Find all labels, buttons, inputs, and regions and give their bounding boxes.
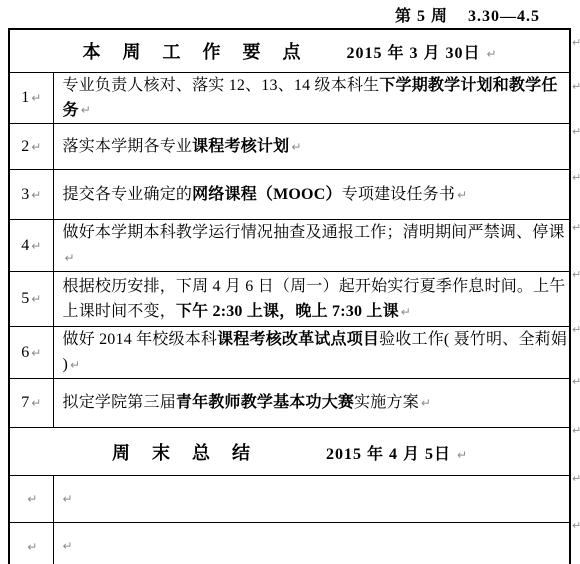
paragraph-mark-icon: ↵ [65,251,75,265]
item-number: 2 [21,138,29,155]
paragraph-mark-icon: ↵ [401,305,411,319]
row-end-mark-icon: ↵ [572,472,580,485]
item-number-cell: 2↵ [9,124,53,170]
work-item-row-1: 1↵专业负责人核对、落实 12、13、14 级本科生下学期教学计划和教学任务↵ [9,72,570,124]
item-text-cell: ↵ [53,523,570,564]
item-number: 5 [21,290,29,307]
item-text-cell: 根据校历安排，下周 4 月 6 日（周一）起开始实行夏季作息时间。上午上课时间不… [53,272,570,327]
paragraph-mark-icon: ↵ [70,358,80,372]
week-number: 第 5 周 [395,8,448,25]
row-end-mark-icon: ↵ [572,519,580,532]
summary-row: 周 末 总 结 2015 年 4 月 5日 ↵ [9,428,570,476]
weekly-schedule-table: 本 周 工 作 要 点 2015 年 3 月 30日 ↵ 1↵专业负责人核对、落… [8,28,571,564]
work-item-row-2: 2↵落实本学期各专业课程考核计划↵ [9,124,570,170]
paragraph-mark-icon: ↵ [31,91,41,105]
item-text-bold: 课程考核改革试点项目 [217,331,379,348]
paragraph-mark-icon: ↵ [291,140,301,154]
row-end-mark-icon: ↵ [572,424,580,437]
item-number: 1 [21,89,29,106]
row-end-mark-icon: ↵ [572,171,580,184]
item-number-cell: ↵ [9,476,53,523]
empty-row: ↵ ↵ [9,523,570,564]
paragraph-mark-icon: ↵ [31,292,41,306]
item-text-bold: 青年教师教学基本功大赛 [176,394,354,411]
header-row: 本 周 工 作 要 点 2015 年 3 月 30日 ↵ [9,29,570,72]
row-end-mark-icon: ↵ [572,221,580,234]
item-text-cell: 做好 2014 年校级本科课程考核改革试点项目验收工作( 聂竹明、全莉娟 )↵ [53,327,570,379]
paragraph-mark-icon: ↵ [31,188,41,202]
row-end-mark-icon: ↵ [572,80,580,93]
doc-title: 第 5 周3.30—4.5 [0,3,540,26]
paragraph-mark-icon: ↵ [486,47,496,61]
summary-date: 2015 年 4 月 5日 [326,446,451,463]
row-end-mark-icon: ↵ [572,323,580,336]
header-date: 2015 年 3 月 30日 [346,45,480,62]
paragraph-mark-icon: ↵ [81,103,91,117]
item-text: 专业负责人核对、落实 12、13、14 级本科生 [63,77,380,94]
paragraph-mark-icon: ↵ [27,540,37,554]
work-item-row-5: 5↵根据校历安排，下周 4 月 6 日（周一）起开始实行夏季作息时间。上午上课时… [9,272,570,327]
paragraph-mark-icon: ↵ [31,140,41,154]
item-text: 提交各专业确定的 [63,186,193,203]
paragraph-mark-icon: ↵ [27,492,37,506]
item-text-cell: 拟定学院第三届青年教师教学基本功大赛实施方案↵ [53,379,570,428]
header-cell: 本 周 工 作 要 点 2015 年 3 月 30日 ↵ [9,29,570,72]
item-text: 实施方案 [354,394,419,411]
item-number-cell: 3↵ [9,170,53,220]
item-text-cell: 做好本学期本科教学运行情况抽查及通报工作；清明期间严禁调、停课↵ [53,220,570,272]
empty-row: ↵ ↵ [9,476,570,523]
item-number-cell: 4↵ [9,220,53,272]
row-end-mark-icon: ↵ [572,36,580,49]
paragraph-mark-icon: ↵ [31,396,41,410]
item-number: 3 [21,186,29,203]
item-number-cell: 6↵ [9,327,53,379]
item-text-cell: 落实本学期各专业课程考核计划↵ [53,124,570,170]
item-text-cell: 提交各专业确定的网络课程（MOOC）专项建设任务书↵ [53,170,570,220]
item-number: 4 [21,237,29,254]
date-range: 3.30—4.5 [468,8,540,25]
work-item-row-3: 3↵提交各专业确定的网络课程（MOOC）专项建设任务书↵ [9,170,570,220]
summary-title: 周 末 总 结 [112,443,252,463]
item-number-cell: 1↵ [9,72,53,124]
paragraph-mark-icon: ↵ [31,239,41,253]
row-end-mark-icon: ↵ [572,125,580,138]
item-text-bold: 网络课程（MOOC） [192,186,342,203]
work-item-row-7: 7↵拟定学院第三届青年教师教学基本功大赛实施方案↵ [9,379,570,428]
paragraph-mark-icon: ↵ [63,492,73,506]
item-text: 做好本学期本科教学运行情况抽查及通报工作；清明期间严禁调、停课 [63,224,565,241]
paragraph-mark-icon: ↵ [63,539,73,553]
item-number: 6 [21,344,29,361]
item-text: 落实本学期各专业 [63,138,193,155]
paragraph-mark-icon: ↵ [457,188,467,202]
work-item-row-6: 6↵做好 2014 年校级本科课程考核改革试点项目验收工作( 聂竹明、全莉娟 )… [9,327,570,379]
item-number: 7 [21,394,29,411]
weekly-worklog-document: 第 5 周3.30—4.5 本 周 工 作 要 点 2015 年 3 月 30日… [0,0,580,564]
row-end-mark-icon: ↵ [572,268,580,281]
header-title: 本 周 工 作 要 点 [82,42,302,62]
item-number-cell: 5↵ [9,272,53,327]
paragraph-mark-icon: ↵ [457,448,467,462]
paragraph-mark-icon: ↵ [421,396,431,410]
item-text: 专项建设任务书 [342,186,455,203]
item-number-cell: ↵ [9,523,53,564]
item-text-cell: 专业负责人核对、落实 12、13、14 级本科生下学期教学计划和教学任务↵ [53,72,570,124]
item-text-cell: ↵ [53,476,570,523]
paragraph-mark-icon: ↵ [31,346,41,360]
item-text: 拟定学院第三届 [63,394,176,411]
item-text-bold: 下午 2:30 上课，晚上 7:30 上课 [176,303,399,320]
summary-cell: 周 末 总 结 2015 年 4 月 5日 ↵ [9,428,570,476]
item-text: 做好 2014 年校级本科 [63,331,218,348]
work-item-row-4: 4↵做好本学期本科教学运行情况抽查及通报工作；清明期间严禁调、停课↵ [9,220,570,272]
item-text-bold: 课程考核计划 [192,138,289,155]
item-number-cell: 7↵ [9,379,53,428]
row-end-mark-icon: ↵ [572,375,580,388]
